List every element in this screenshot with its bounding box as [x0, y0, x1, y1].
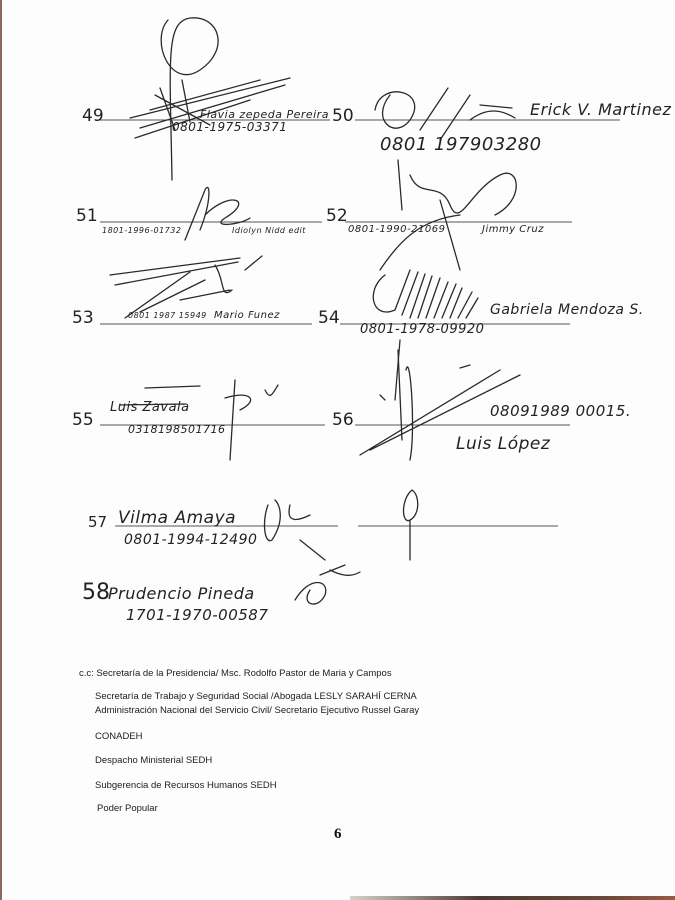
signer-name: Mario Funez [214, 310, 280, 321]
signer-id: 08091989 00015. [490, 402, 631, 420]
signer-id: 0801-1990-21069 [348, 224, 445, 235]
cc-prefix: c.c: [79, 668, 94, 679]
signature-number: 57 [88, 513, 107, 531]
signer-id: 0801 197903280 [380, 134, 542, 155]
signature-number: 49 [82, 106, 104, 126]
signer-id: 0801-1994-12490 [124, 532, 257, 548]
cc-recipient: Administración Nacional del Servicio Civ… [95, 705, 419, 716]
cc-recipient: Subgerencia de Recursos Humanos SEDH [95, 780, 277, 791]
signer-name: Luis Zavala [110, 400, 190, 415]
signature-number: 51 [76, 206, 98, 226]
signer-name: Prudencio Pineda [108, 584, 255, 603]
cc-line-1: c.c: Secretaría de la Presidencia/ Msc. … [79, 668, 392, 679]
signature-number: 56 [332, 410, 354, 430]
signature-number: 53 [72, 308, 94, 328]
signature-number: 54 [318, 308, 340, 328]
signer-name: Jimmy Cruz [482, 224, 544, 235]
signature-number: 55 [72, 410, 94, 430]
document-page: 49 Flavia zepeda Pereira 0801-1975-03371… [0, 0, 675, 900]
cc-recipient: Despacho Ministerial SEDH [95, 755, 212, 766]
signature-number: 50 [332, 106, 354, 126]
signer-name: Luis López [456, 434, 550, 454]
signer-id: 1801-1996-01732 [102, 226, 181, 235]
signer-id: 0801 1987 15949 [128, 311, 207, 320]
cc-recipient: Secretaría de Trabajo y Seguridad Social… [95, 691, 417, 702]
cc-recipient: CONADEH [95, 731, 143, 742]
signature-number: 52 [326, 206, 348, 226]
signer-name: Idiolyn Nidd edit [232, 226, 306, 235]
signer-id: 1701-1970-00587 [126, 606, 268, 624]
scan-shadow [350, 896, 675, 900]
signer-id: 0318198501716 [128, 423, 225, 436]
page-number: 6 [334, 826, 342, 843]
signature-number: 58 [82, 580, 110, 605]
signer-id: 0801-1975-03371 [172, 120, 287, 134]
signer-id: 0801-1978-09920 [360, 322, 484, 337]
signature-strokes [0, 0, 675, 660]
cc-recipient: Secretaría de la Presidencia/ Msc. Rodol… [96, 668, 391, 679]
signer-name: Erick V. Martinez [530, 100, 671, 119]
cc-recipient: Poder Popular [97, 803, 158, 814]
signer-name: Gabriela Mendoza S. [490, 302, 644, 318]
signer-name: Vilma Amaya [118, 508, 236, 528]
